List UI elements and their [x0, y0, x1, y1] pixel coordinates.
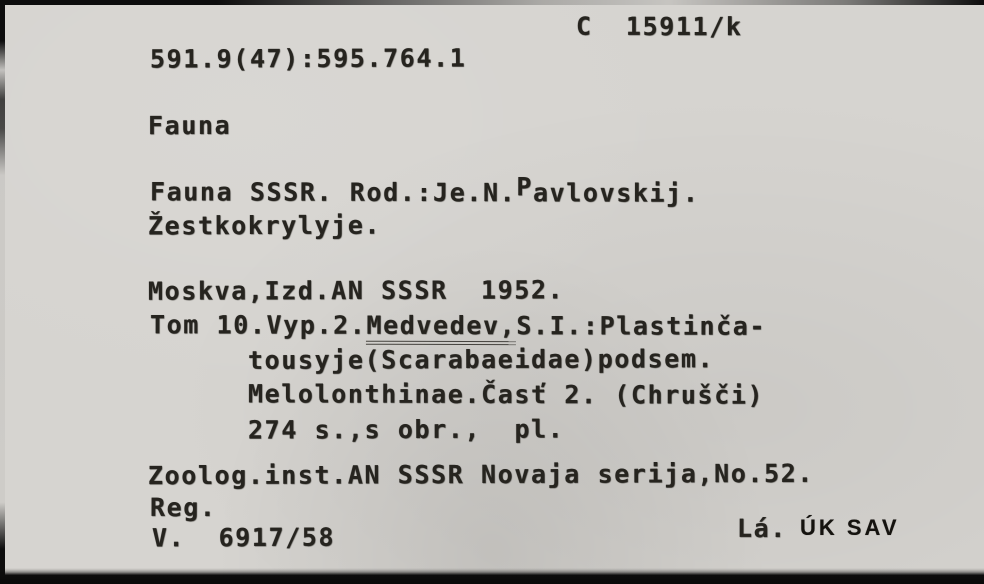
series-line: Zoolog.inst.AN SSSR Novaja serija,No.52. — [148, 461, 814, 488]
catalog-card-scan: C 15911/k 591.9(47):595.764.1 Fauna Faun… — [0, 0, 984, 584]
volume-author-underlined: Medvedev, — [366, 311, 516, 345]
scan-edge-top — [0, 0, 984, 5]
registration-number: V. 6917/58 — [152, 525, 335, 551]
imprint-line: Moskva,Izd.AN SSSR 1952. — [148, 277, 564, 303]
registration-label: Reg. — [150, 495, 217, 520]
title-line-1-post: avlovskij. — [533, 178, 700, 207]
volume-line-2: tousyje(Scarabaeidae)podsem. — [248, 346, 714, 373]
call-number: C 15911/k — [576, 14, 743, 39]
title-line-1-raised-letter: P — [516, 172, 533, 201]
title-line-2: Žestkokrylyje. — [148, 213, 381, 239]
title-line-1: Fauna SSSR. Rod.:Je.N.Pavlovskij. — [150, 179, 700, 205]
volume-statement: Tom 10.Vyp.2. — [150, 310, 367, 340]
classification-number: 591.9(47):595.764.1 — [150, 45, 466, 71]
volume-line-1: Tom 10.Vyp.2.Medvedev,S.I.:Plastinča- — [150, 312, 766, 339]
scan-edge-bottom — [0, 568, 984, 584]
title-line-1-pre: Fauna SSSR. Rod.:Je.N. — [150, 177, 516, 207]
volume-line-3: Melolonthinae.Časť 2. (Chrušči) — [248, 381, 764, 407]
collation-line: 274 s.,s obr., pl. — [248, 416, 564, 442]
scan-edge-left — [0, 0, 5, 584]
library-stamp: ÚK SAV — [800, 515, 900, 541]
volume-title-start: S.I.:Plastinča- — [516, 311, 766, 341]
cataloguer-initials: Lá. — [737, 516, 787, 541]
subject-heading: Fauna — [148, 113, 231, 138]
